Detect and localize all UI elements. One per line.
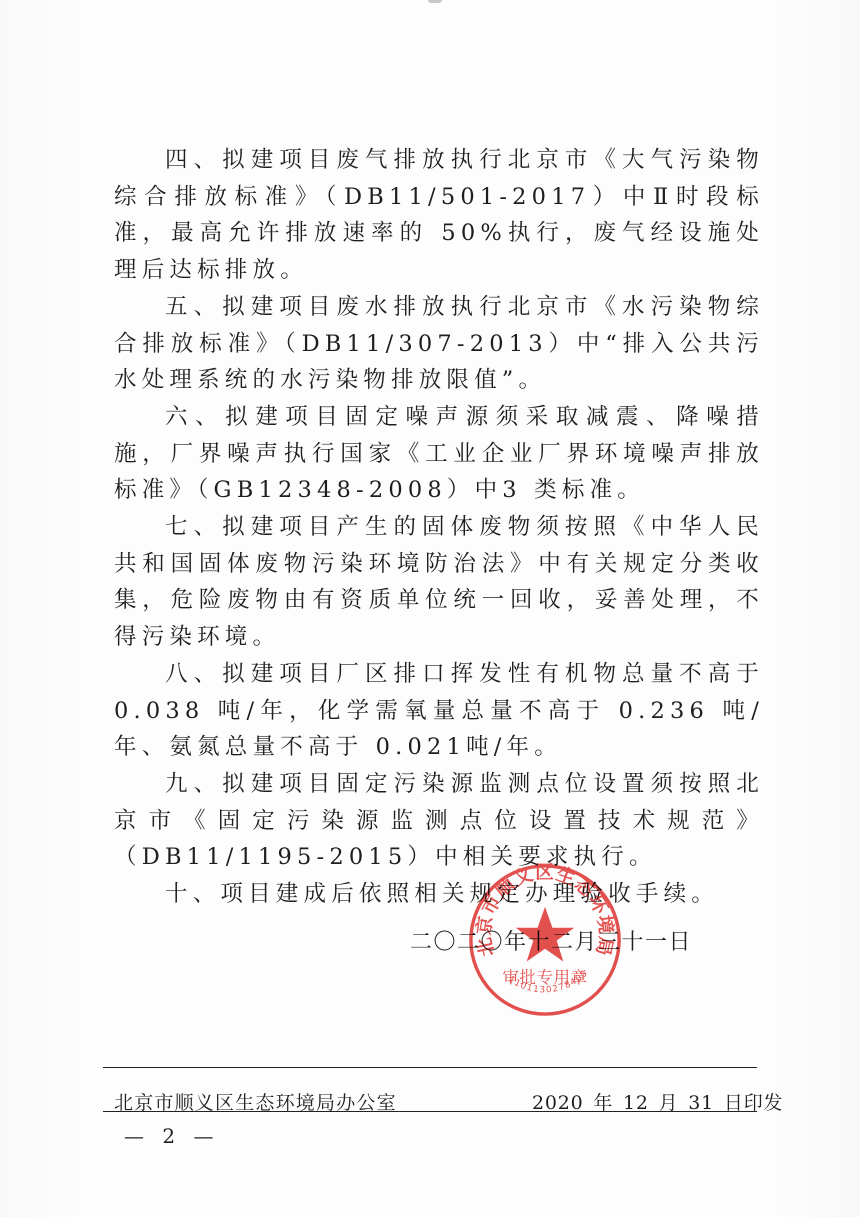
official-seal: 北京市顺义区生态环境局 审批专用章 1101130278405 [467, 862, 623, 1018]
footer-top-rule [103, 1067, 757, 1068]
clause-7: 七、拟建项目产生的固体废物须按照《中华人民共和国固体废物污染环境防治法》中有关规… [114, 509, 764, 656]
clause-4: 四、拟建项目废气排放执行北京市《大气污染物综合排放标准》（DB11/501-20… [114, 142, 764, 289]
clause-9: 九、拟建项目固定污染源监测点位设置须按照北京市《固定污染源监测点位设置技术规范》… [114, 766, 764, 876]
clause-5: 五、拟建项目废水排放执行北京市《水污染物综合排放标准》（DB11/307-201… [114, 289, 764, 399]
document-body: 四、拟建项目废气排放执行北京市《大气污染物综合排放标准》（DB11/501-20… [114, 142, 764, 913]
footer-bottom-rule [103, 1111, 757, 1112]
star-icon [516, 907, 575, 962]
clause-6: 六、拟建项目固定噪声源须采取减震、降噪措施，厂界噪声执行国家《工业企业厂界环境噪… [114, 399, 764, 509]
clause-10: 十、项目建成后依照相关规定办理验收手续。 [114, 876, 764, 913]
clause-8: 八、拟建项目厂区排口挥发性有机物总量不高于 0.038 吨/年，化学需氧量总量不… [114, 656, 764, 766]
page-number: — 2 — [124, 1124, 219, 1148]
binding-mark [428, 0, 442, 3]
